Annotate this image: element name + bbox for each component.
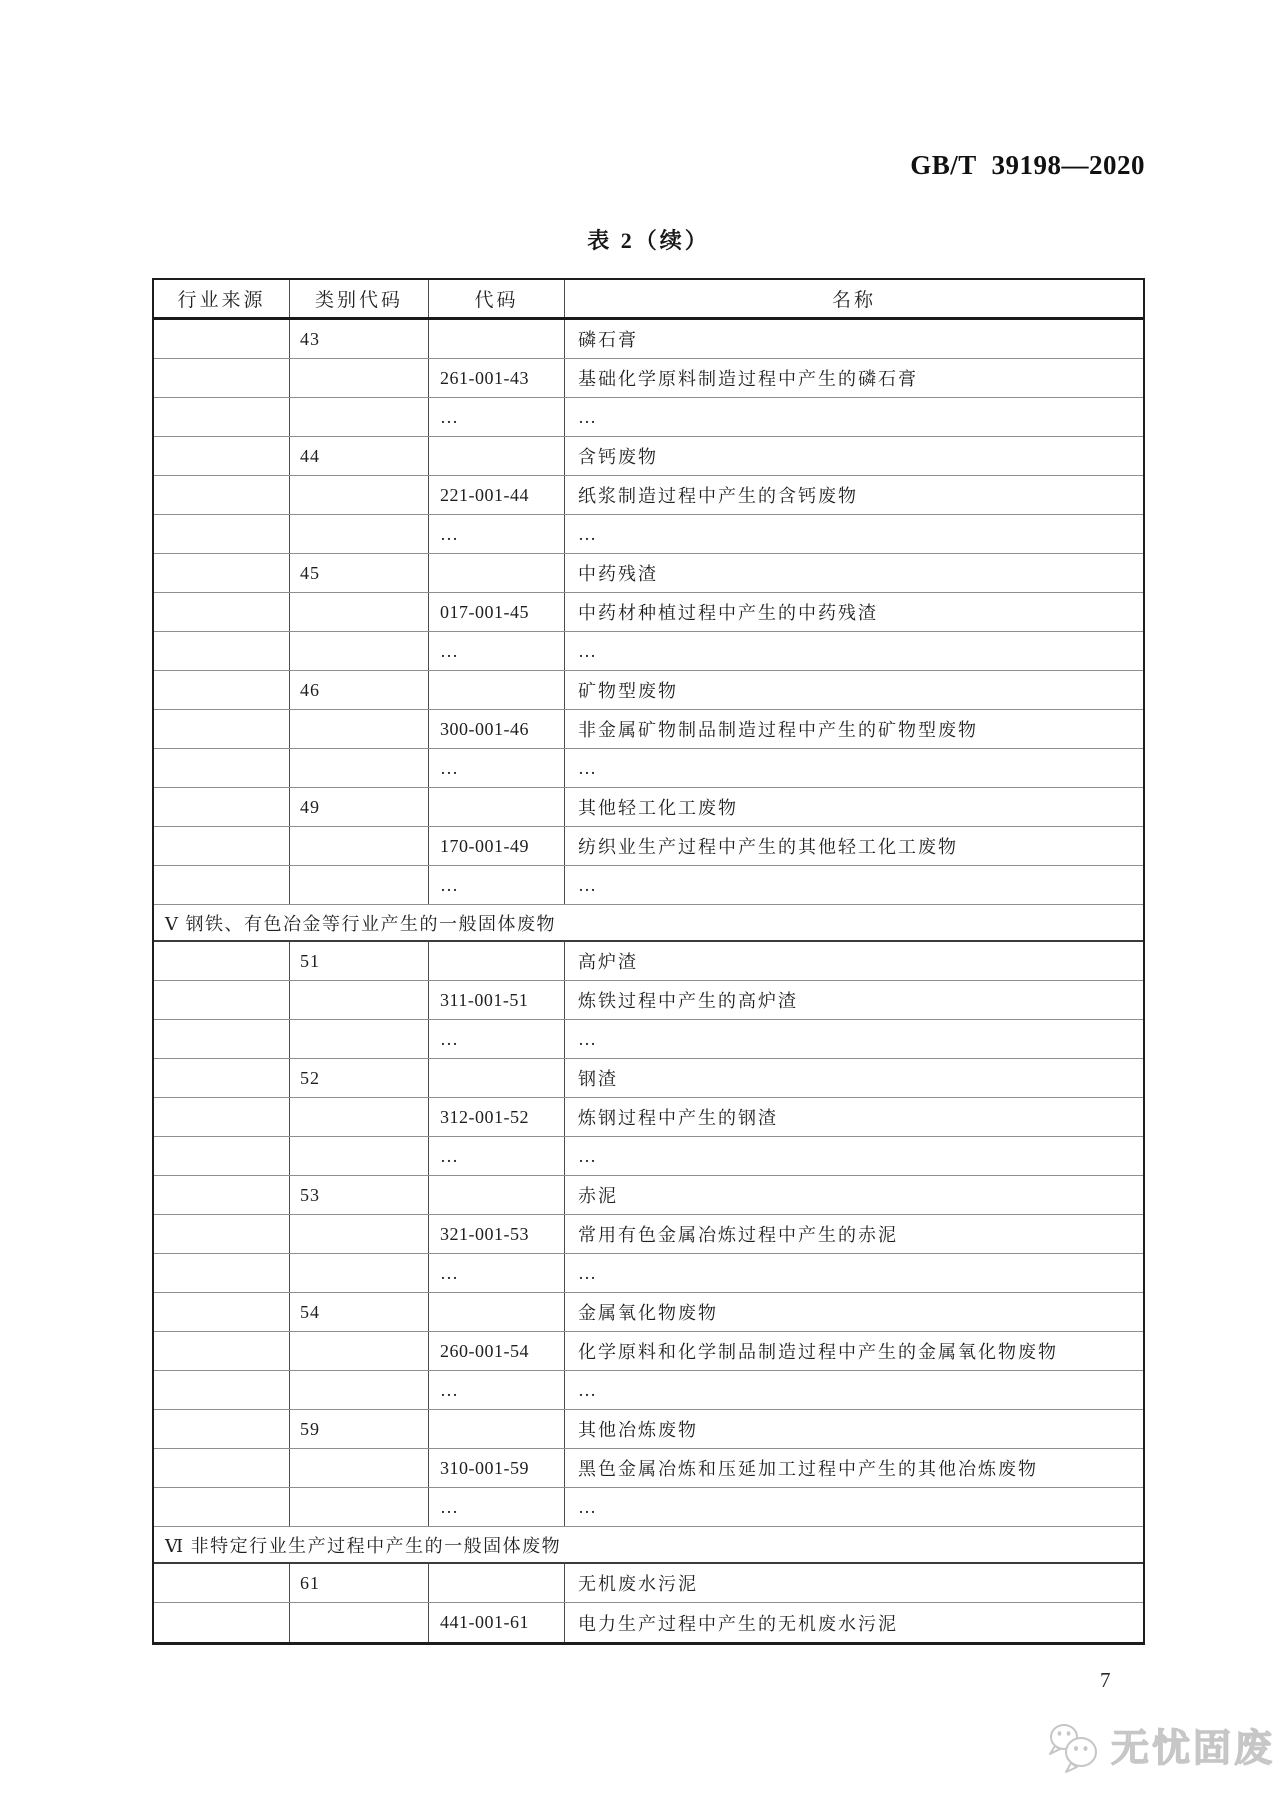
cell-industry: [154, 515, 290, 553]
cell-code: …: [429, 749, 565, 787]
cell-code: 300-001-46: [429, 710, 565, 748]
cell-category: 61: [290, 1564, 429, 1602]
table-row: 261-001-43基础化学原料制造过程中产生的磷石膏: [154, 359, 1143, 398]
table-row: ……: [154, 1137, 1143, 1176]
table-row: 170-001-49纺织业生产过程中产生的其他轻工化工废物: [154, 827, 1143, 866]
table-row: 49其他轻工化工废物: [154, 788, 1143, 827]
column-header-industry-source: 行业来源: [154, 280, 290, 317]
cell-name: 其他冶炼废物: [565, 1410, 1143, 1448]
table-row: 54金属氧化物废物: [154, 1293, 1143, 1332]
cell-industry: [154, 476, 290, 514]
cell-code: …: [429, 1137, 565, 1175]
cell-category: [290, 749, 429, 787]
cell-code: [429, 554, 565, 592]
cell-name: …: [565, 1371, 1143, 1409]
cell-category: [290, 632, 429, 670]
cell-category: [290, 1098, 429, 1136]
cell-code: …: [429, 398, 565, 436]
cell-category: [290, 1137, 429, 1175]
cell-industry: [154, 320, 290, 358]
cell-industry: [154, 1098, 290, 1136]
cell-name: …: [565, 632, 1143, 670]
column-header-category-code: 类别代码: [290, 280, 429, 317]
cell-code: 321-001-53: [429, 1215, 565, 1253]
cell-code: [429, 1410, 565, 1448]
table-row: 44含钙废物: [154, 437, 1143, 476]
cell-industry: [154, 710, 290, 748]
cell-name: 中药材种植过程中产生的中药残渣: [565, 593, 1143, 631]
cell-name: 炼钢过程中产生的钢渣: [565, 1098, 1143, 1136]
cell-code: 017-001-45: [429, 593, 565, 631]
cell-industry: [154, 632, 290, 670]
cell-industry: [154, 593, 290, 631]
cell-industry: [154, 827, 290, 865]
cell-category: [290, 1332, 429, 1370]
cell-name: 高炉渣: [565, 942, 1143, 980]
cell-industry: [154, 942, 290, 980]
waste-classification-table: 行业来源 类别代码 代码 名称 43磷石膏261-001-43基础化学原料制造过…: [152, 278, 1145, 1645]
cell-category: [290, 1488, 429, 1526]
cell-name: 基础化学原料制造过程中产生的磷石膏: [565, 359, 1143, 397]
cell-category: [290, 866, 429, 904]
section-row: Ⅵ 非特定行业生产过程中产生的一般固体废物: [154, 1527, 1143, 1564]
cell-industry: [154, 981, 290, 1019]
cell-name: 钢渣: [565, 1059, 1143, 1097]
table-body: 43磷石膏261-001-43基础化学原料制造过程中产生的磷石膏……44含钙废物…: [154, 320, 1143, 1642]
cell-code: …: [429, 632, 565, 670]
cell-industry: [154, 749, 290, 787]
cell-code: [429, 671, 565, 709]
cell-code: 221-001-44: [429, 476, 565, 514]
table-row: 45中药残渣: [154, 554, 1143, 593]
table-row: ……: [154, 632, 1143, 671]
cell-category: [290, 359, 429, 397]
cell-name: …: [565, 515, 1143, 553]
cell-code: …: [429, 515, 565, 553]
cell-category: 45: [290, 554, 429, 592]
cell-name: …: [565, 866, 1143, 904]
cell-category: 46: [290, 671, 429, 709]
cell-code: [429, 1293, 565, 1331]
cell-category: 51: [290, 942, 429, 980]
standard-number: GB/T 39198—2020: [910, 150, 1145, 181]
cell-category: 59: [290, 1410, 429, 1448]
section-label: Ⅴ 钢铁、有色冶金等行业产生的一般固体废物: [154, 905, 1143, 940]
cell-name: …: [565, 1137, 1143, 1175]
cell-category: [290, 398, 429, 436]
cell-name: 金属氧化物废物: [565, 1293, 1143, 1331]
watermark-text: 无忧固废: [1111, 1729, 1275, 1767]
cell-code: …: [429, 1254, 565, 1292]
cell-industry: [154, 1254, 290, 1292]
cell-category: 43: [290, 320, 429, 358]
table-row: 300-001-46非金属矿物制品制造过程中产生的矿物型废物: [154, 710, 1143, 749]
cell-code: 261-001-43: [429, 359, 565, 397]
cell-code: 310-001-59: [429, 1449, 565, 1487]
table-title: 表 2（续）: [152, 224, 1145, 255]
cell-code: [429, 320, 565, 358]
cell-industry: [154, 1293, 290, 1331]
cell-industry: [154, 359, 290, 397]
cell-industry: [154, 1410, 290, 1448]
cell-code: …: [429, 1488, 565, 1526]
cell-industry: [154, 1059, 290, 1097]
cell-code: 170-001-49: [429, 827, 565, 865]
table-row: 441-001-61电力生产过程中产生的无机废水污泥: [154, 1603, 1143, 1642]
cell-code: [429, 1059, 565, 1097]
cell-name: 炼铁过程中产生的高炉渣: [565, 981, 1143, 1019]
cell-category: [290, 476, 429, 514]
cell-code: 260-001-54: [429, 1332, 565, 1370]
cell-category: [290, 1215, 429, 1253]
table-header-row: 行业来源 类别代码 代码 名称: [154, 280, 1143, 320]
cell-category: [290, 710, 429, 748]
table-row: 46矿物型废物: [154, 671, 1143, 710]
cell-industry: [154, 1371, 290, 1409]
table-row: 312-001-52炼钢过程中产生的钢渣: [154, 1098, 1143, 1137]
cell-category: 49: [290, 788, 429, 826]
cell-category: 52: [290, 1059, 429, 1097]
cell-industry: [154, 671, 290, 709]
chat-bubbles-logo-icon: [1042, 1722, 1104, 1774]
cell-name: 纸浆制造过程中产生的含钙废物: [565, 476, 1143, 514]
cell-category: [290, 593, 429, 631]
cell-name: 化学原料和化学制品制造过程中产生的金属氧化物废物: [565, 1332, 1143, 1370]
cell-category: [290, 515, 429, 553]
cell-name: 磷石膏: [565, 320, 1143, 358]
cell-name: 含钙废物: [565, 437, 1143, 475]
cell-code: [429, 1564, 565, 1602]
document-page: GB/T 39198—2020 表 2（续） 行业来源 类别代码 代码 名称 4…: [0, 0, 1280, 1811]
cell-name: 中药残渣: [565, 554, 1143, 592]
cell-name: 非金属矿物制品制造过程中产生的矿物型废物: [565, 710, 1143, 748]
table-row: 017-001-45中药材种植过程中产生的中药残渣: [154, 593, 1143, 632]
cell-code: [429, 1176, 565, 1214]
cell-industry: [154, 788, 290, 826]
table-row: ……: [154, 749, 1143, 788]
cell-industry: [154, 1449, 290, 1487]
cell-category: 53: [290, 1176, 429, 1214]
cell-name: 常用有色金属冶炼过程中产生的赤泥: [565, 1215, 1143, 1253]
cell-category: [290, 827, 429, 865]
table-row: ……: [154, 1488, 1143, 1527]
cell-industry: [154, 1564, 290, 1602]
cell-code: …: [429, 1371, 565, 1409]
table-row: ……: [154, 1254, 1143, 1293]
cell-industry: [154, 1215, 290, 1253]
cell-code: 311-001-51: [429, 981, 565, 1019]
cell-category: [290, 1449, 429, 1487]
cell-name: 矿物型废物: [565, 671, 1143, 709]
table-row: ……: [154, 1371, 1143, 1410]
section-label: Ⅵ 非特定行业生产过程中产生的一般固体废物: [154, 1527, 1143, 1562]
table-row: 321-001-53常用有色金属冶炼过程中产生的赤泥: [154, 1215, 1143, 1254]
cell-name: …: [565, 1488, 1143, 1526]
table-row: 53赤泥: [154, 1176, 1143, 1215]
table-row: ……: [154, 398, 1143, 437]
table-row: ……: [154, 515, 1143, 554]
cell-name: …: [565, 398, 1143, 436]
table-row: ……: [154, 1020, 1143, 1059]
cell-industry: [154, 866, 290, 904]
cell-code: [429, 942, 565, 980]
cell-name: …: [565, 1254, 1143, 1292]
cell-name: …: [565, 749, 1143, 787]
cell-category: [290, 1254, 429, 1292]
table-row: 52钢渣: [154, 1059, 1143, 1098]
cell-industry: [154, 1176, 290, 1214]
table-row: 260-001-54化学原料和化学制品制造过程中产生的金属氧化物废物: [154, 1332, 1143, 1371]
table-row: 311-001-51炼铁过程中产生的高炉渣: [154, 981, 1143, 1020]
cell-category: [290, 1371, 429, 1409]
column-header-name: 名称: [565, 280, 1143, 317]
cell-code: [429, 788, 565, 826]
cell-name: 纺织业生产过程中产生的其他轻工化工废物: [565, 827, 1143, 865]
cell-code: 312-001-52: [429, 1098, 565, 1136]
table-row: ……: [154, 866, 1143, 905]
cell-industry: [154, 1603, 290, 1642]
table-row: 61无机废水污泥: [154, 1564, 1143, 1603]
cell-category: [290, 981, 429, 1019]
cell-industry: [154, 1488, 290, 1526]
cell-name: 其他轻工化工废物: [565, 788, 1143, 826]
cell-code: 441-001-61: [429, 1603, 565, 1642]
cell-category: 54: [290, 1293, 429, 1331]
cell-code: …: [429, 866, 565, 904]
cell-industry: [154, 398, 290, 436]
cell-name: 无机废水污泥: [565, 1564, 1143, 1602]
cell-name: 黑色金属冶炼和压延加工过程中产生的其他冶炼废物: [565, 1449, 1143, 1487]
cell-industry: [154, 437, 290, 475]
cell-name: …: [565, 1020, 1143, 1058]
cell-industry: [154, 1137, 290, 1175]
cell-name: 赤泥: [565, 1176, 1143, 1214]
table-row: 221-001-44纸浆制造过程中产生的含钙废物: [154, 476, 1143, 515]
page-number: 7: [1100, 1668, 1111, 1693]
table-row: 51高炉渣: [154, 942, 1143, 981]
cell-category: 44: [290, 437, 429, 475]
cell-industry: [154, 1332, 290, 1370]
table-row: 310-001-59黑色金属冶炼和压延加工过程中产生的其他冶炼废物: [154, 1449, 1143, 1488]
cell-code: [429, 437, 565, 475]
column-header-code: 代码: [429, 280, 565, 317]
table-row: 59其他冶炼废物: [154, 1410, 1143, 1449]
section-row: Ⅴ 钢铁、有色冶金等行业产生的一般固体废物: [154, 905, 1143, 942]
cell-industry: [154, 554, 290, 592]
cell-category: [290, 1603, 429, 1642]
cell-category: [290, 1020, 429, 1058]
table-row: 43磷石膏: [154, 320, 1143, 359]
cell-code: …: [429, 1020, 565, 1058]
cell-name: 电力生产过程中产生的无机废水污泥: [565, 1603, 1143, 1642]
cell-industry: [154, 1020, 290, 1058]
watermark: 无忧固废: [1042, 1722, 1275, 1774]
